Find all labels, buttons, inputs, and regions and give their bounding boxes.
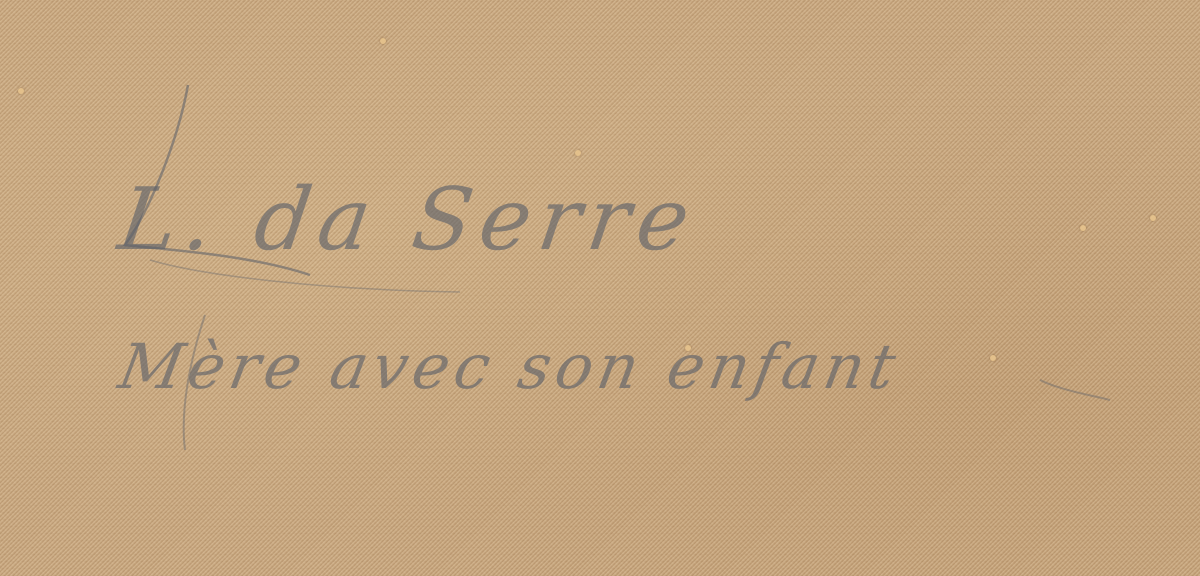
canvas-fleck — [575, 150, 581, 156]
title-inscription: Mère avec son enfant — [114, 330, 906, 403]
canvas-fleck — [380, 38, 386, 44]
canvas-fleck — [18, 88, 24, 94]
signature-inscription: L. da Serre — [113, 170, 703, 270]
canvas-fleck — [990, 355, 996, 361]
linen-canvas-surface: L. da Serre Mère avec son enfant — [0, 0, 1200, 576]
canvas-fleck — [1080, 225, 1086, 231]
pencil-strokes — [0, 0, 1200, 576]
canvas-fleck — [1150, 215, 1156, 221]
canvas-fleck — [685, 345, 691, 351]
